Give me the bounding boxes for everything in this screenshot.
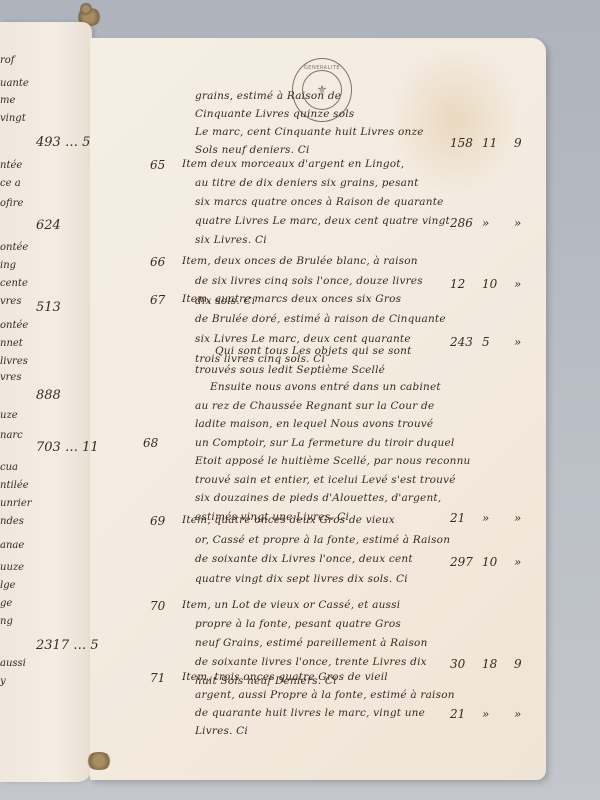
left-text-fragment: ofire — [0, 198, 23, 209]
entry-line: Item, quatre onces deux Gros de vieux — [182, 514, 395, 526]
amount-livres: 286 — [450, 216, 482, 230]
amount-sols: 10 — [482, 277, 514, 291]
amount-sols: 11 — [482, 136, 514, 150]
amount-livres: 21 — [450, 707, 482, 721]
left-text-fragment: uze — [0, 410, 18, 421]
left-text-fragment: ing — [0, 260, 16, 271]
left-text-fragment: rof — [0, 55, 15, 66]
left-text-fragment: unrier — [0, 498, 32, 509]
binding-thread-knot — [80, 2, 92, 16]
entry-line: de soixante livres l'once, trente Livres… — [195, 656, 427, 668]
left-text-fragment: ge — [0, 598, 12, 609]
entry-line: grains, estimé à Raison de — [195, 90, 341, 102]
entry-amount: 30189 — [450, 657, 546, 671]
amount-livres: 21 — [450, 511, 482, 525]
entry-number: 71 — [150, 671, 165, 685]
left-text-fragment: narc — [0, 430, 23, 441]
left-text-fragment: y — [0, 676, 6, 687]
entry-line: un Comptoir, sur La fermeture du tiroir … — [195, 437, 454, 449]
left-amount: 493 … 5 — [36, 135, 90, 150]
amount-deniers: » — [514, 335, 546, 349]
amount-deniers: » — [514, 555, 546, 569]
left-text-fragment: ontée — [0, 242, 28, 253]
left-text-fragment: ndes — [0, 516, 24, 527]
entry-number: 68 — [143, 436, 158, 450]
entry-line: neuf Grains, estimé pareillement à Raiso… — [195, 637, 428, 649]
entry-amount: 1210» — [450, 277, 546, 291]
amount-sols: 5 — [482, 335, 514, 349]
left-text-fragment: aussi — [0, 658, 26, 669]
amount-sols: » — [482, 216, 514, 230]
left-text-fragment: vingt — [0, 113, 26, 124]
left-text-fragment: cente — [0, 278, 28, 289]
entry-line: Item, un Lot de vieux or Cassé, et aussi — [182, 599, 400, 611]
left-text-fragment: livres — [0, 356, 28, 367]
entry-line: ladite maison, en lequel Nous avons trou… — [195, 418, 433, 430]
left-text-fragment: vres — [0, 372, 21, 383]
entry-amount: 29710» — [450, 555, 546, 569]
amount-sols: 18 — [482, 657, 514, 671]
amount-sols: » — [482, 707, 514, 721]
entry-line: Item, trois onces quatre Gros de vieil — [182, 671, 388, 683]
entry-line: Item, quatre marcs deux onces six Gros — [182, 293, 401, 305]
entry-line: or, Cassé et propre à la fonte, estimé à… — [195, 534, 450, 546]
entry-line: de quarante huit livres le marc, vingt u… — [195, 707, 425, 719]
left-text-fragment: uuze — [0, 562, 24, 573]
amount-sols: » — [482, 511, 514, 525]
entry-line: Etoit apposé le huitième Scellé, par nou… — [195, 455, 471, 467]
entry-line: trouvés sous ledit Septième Scellé — [195, 364, 385, 376]
entry-line: six douzaines de pieds d'Alouettes, d'ar… — [195, 492, 441, 504]
entry-number: 70 — [150, 599, 165, 613]
amount-livres: 243 — [450, 335, 482, 349]
left-amount: 624 — [36, 218, 61, 233]
entry-number: 65 — [150, 158, 165, 172]
entry-line: au rez de Chaussée Regnant sur la Cour d… — [195, 400, 434, 412]
left-text-fragment: lge — [0, 580, 16, 591]
binding-thread-bottom — [85, 752, 113, 770]
entry-line: Qui sont tous Les objets qui se sont — [215, 345, 412, 357]
entry-line: argent, aussi Propre à la fonte, estimé … — [195, 689, 455, 701]
stamp-label: GENERALITE — [293, 65, 351, 71]
entry-line: Item deux morceaux d'argent en Lingot, — [182, 158, 404, 170]
entry-line: six Livres. Ci — [195, 234, 267, 246]
entry-line: propre à la fonte, pesant quatre Gros — [195, 618, 401, 630]
entry-line: de six livres cinq sols l'once, douze li… — [195, 275, 423, 287]
left-amount: 703 … 11 — [36, 440, 99, 455]
left-text-fragment: nnet — [0, 338, 23, 349]
left-amount: 2317 … 5 — [36, 638, 99, 653]
left-amount: 513 — [36, 300, 61, 315]
entry-amount: 21»» — [450, 707, 546, 721]
entry-line: trouvé sain et entier, et icelui Levé s'… — [195, 474, 456, 486]
amount-deniers: » — [514, 707, 546, 721]
left-text-fragment: ntée — [0, 160, 22, 171]
amount-deniers: » — [514, 277, 546, 291]
entry-number: 67 — [150, 293, 165, 307]
left-text-fragment: me — [0, 95, 15, 106]
entry-line: Ensuite nous avons entré dans un cabinet — [210, 381, 441, 393]
entry-amount: 286»» — [450, 216, 546, 230]
amount-deniers: » — [514, 216, 546, 230]
entry-line: quatre vingt dix sept livres dix sols. C… — [195, 573, 408, 585]
entry-line: de Brulée doré, estimé à raison de Cinqu… — [195, 313, 446, 325]
amount-deniers: 9 — [514, 657, 546, 671]
left-text-fragment: ce a — [0, 178, 21, 189]
amount-livres: 12 — [450, 277, 482, 291]
left-amount: 888 — [36, 388, 61, 403]
entry-line: Cinquante Livres quinze sols — [195, 108, 354, 120]
entry-amount: 21»» — [450, 511, 546, 525]
entry-line: Livres. Ci — [195, 725, 248, 737]
left-text-fragment: anae — [0, 540, 24, 551]
left-text-fragment: cua — [0, 462, 18, 473]
left-text-fragment: ntilée — [0, 480, 29, 491]
entry-number: 69 — [150, 514, 165, 528]
entry-line: au titre de dix deniers six grains, pesa… — [195, 177, 419, 189]
amount-deniers: » — [514, 511, 546, 525]
entry-line: quatre Livres Le marc, deux cent quatre … — [195, 215, 450, 227]
amount-deniers: 9 — [514, 136, 546, 150]
left-text-fragment: vres — [0, 296, 21, 307]
entry-number: 66 — [150, 255, 165, 269]
amount-livres: 158 — [450, 136, 482, 150]
amount-livres: 297 — [450, 555, 482, 569]
entry-line: Le marc, cent Cinquante huit Livres onze — [195, 126, 424, 138]
entry-line: six Livres Le marc, deux cent quarante — [195, 333, 411, 345]
entry-amount: 2435» — [450, 335, 546, 349]
entry-line: six marcs quatre onces à Raison de quara… — [195, 196, 444, 208]
water-stain — [390, 45, 520, 195]
entry-line: de soixante dix Livres l'once, deux cent — [195, 553, 413, 565]
entry-line: Sols neuf deniers. Ci — [195, 144, 310, 156]
left-text-fragment: uante — [0, 78, 29, 89]
entry-amount: 158119 — [450, 136, 546, 150]
left-text-fragment: ng — [0, 616, 13, 627]
left-text-fragment: ontée — [0, 320, 28, 331]
amount-livres: 30 — [450, 657, 482, 671]
amount-sols: 10 — [482, 555, 514, 569]
entry-line: Item, deux onces de Brulée blanc, à rais… — [182, 255, 418, 267]
